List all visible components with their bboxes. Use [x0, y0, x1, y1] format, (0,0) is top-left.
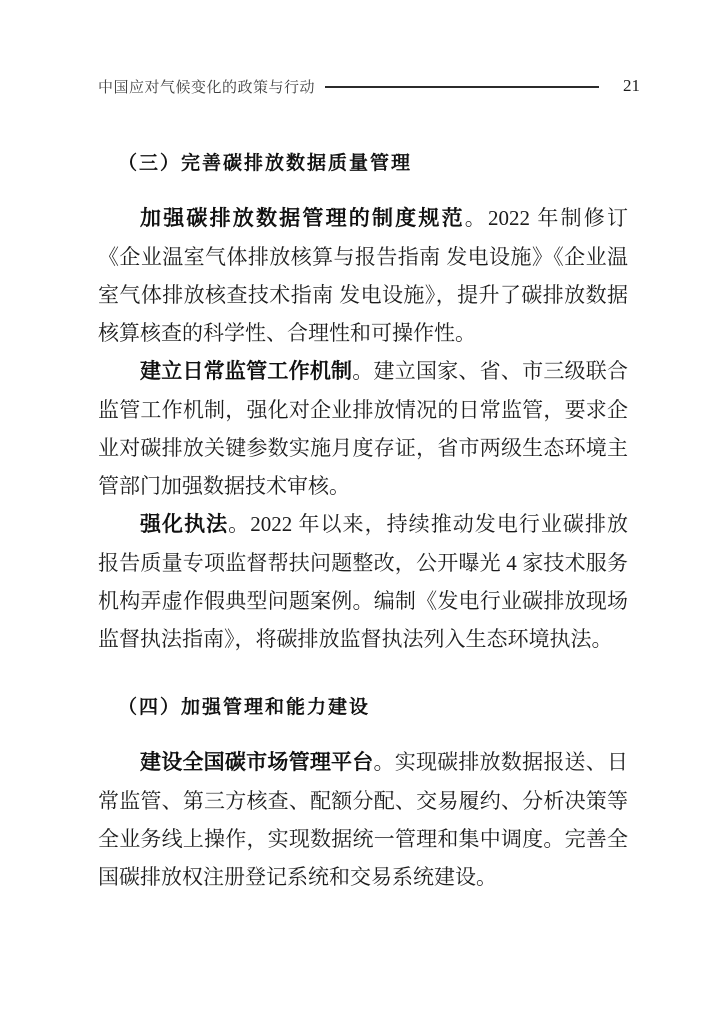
document-body: （三）完善碳排放数据质量管理 加强碳排放数据管理的制度规范。2022 年制修订《… — [98, 148, 628, 896]
section-heading-4: （四）加强管理和能力建设 — [98, 692, 628, 719]
paragraph-regulation: 加强碳排放数据管理的制度规范。2022 年制修订《企业温室气体排放核算与报告指南… — [98, 199, 628, 352]
section-heading-3: （三）完善碳排放数据质量管理 — [98, 148, 628, 175]
paragraph-supervision-mechanism: 建立日常监管工作机制。建立国家、省、市三级联合监管工作机制，强化对企业排放情况的… — [98, 352, 628, 505]
paragraph-platform: 建设全国碳市场管理平台。实现碳排放数据报送、日常监管、第三方核查、配额分配、交易… — [98, 743, 628, 896]
paragraph-enforcement: 强化执法。2022 年以来，持续推动发电行业碳排放报告质量专项监督帮扶问题整改，… — [98, 505, 628, 658]
paragraph-lead: 建设全国碳市场管理平台 — [140, 751, 374, 774]
header-rule — [325, 86, 599, 88]
paragraph-lead: 加强碳排放数据管理的制度规范 — [140, 207, 465, 230]
page-number: 21 — [623, 76, 640, 96]
running-header-title: 中国应对气候变化的政策与行动 — [98, 76, 315, 97]
page-header: 中国应对气候变化的政策与行动 21 — [98, 74, 640, 98]
paragraph-lead: 建立日常监管工作机制 — [140, 360, 352, 383]
paragraph-lead: 强化执法 — [140, 513, 228, 536]
